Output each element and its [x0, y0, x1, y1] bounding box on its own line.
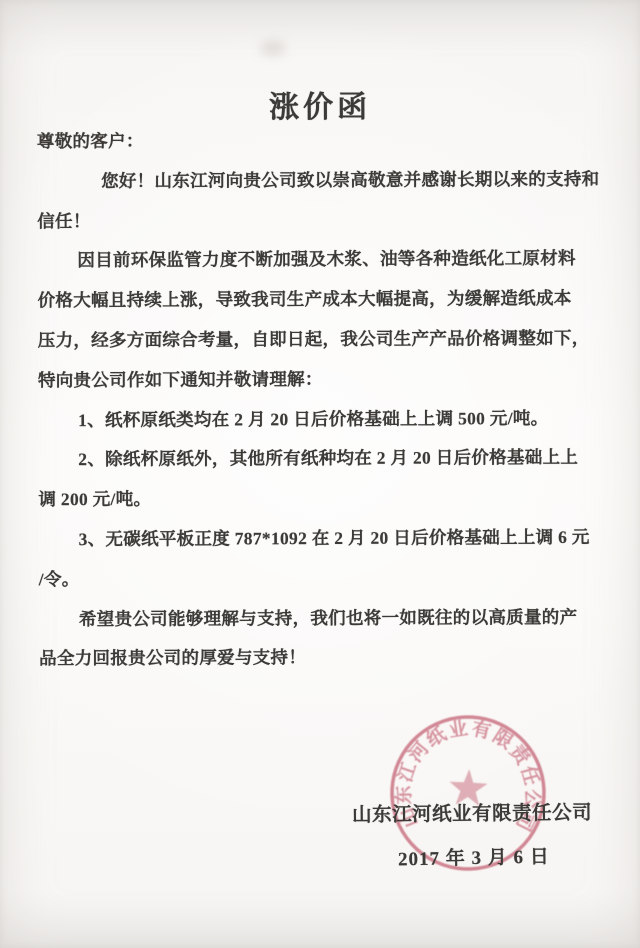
greeting-line: 信任！	[37, 199, 613, 241]
price-item-2: 2、除纸杯原纸外，其他所有纸种均在 2 月 20 日后价格基础上上	[38, 438, 614, 480]
reason-line: 压力，经多方面综合考量，自即日起，我公司生产产品价格调整如下，	[38, 319, 614, 361]
price-item-3: 3、无碳纸平板正度 787*1092 在 2 月 20 日后价格基础上上调 6 …	[39, 518, 615, 560]
reason-line: 因目前环保监管力度不断加强及木浆、油等各种造纸化工原材料	[37, 239, 613, 281]
price-item-2: 调 200 元/吨。	[38, 478, 614, 520]
signature-date: 2017 年 3 月 6 日	[398, 842, 550, 872]
reason-line: 特向贵公司作如下通知并敬请理解：	[38, 359, 614, 401]
reason-line: 价格大幅且持续上涨，导致我司生产成本大幅提高，为缓解造纸成本	[37, 279, 613, 321]
letter-body: 尊敬的客户： 您好！山东江河向贵公司致以崇高敬意并感谢长期以来的支持和 信任！ …	[37, 120, 615, 680]
closing-line: 品全力回报贵公司的厚爱与支持！	[39, 637, 615, 679]
price-item-3: /令。	[39, 558, 615, 600]
greeting-line: 您好！山东江河向贵公司致以崇高敬意并感谢长期以来的支持和	[37, 160, 613, 202]
scanned-letter-page: 涨价函 尊敬的客户： 您好！山东江河向贵公司致以崇高敬意并感谢长期以来的支持和 …	[0, 0, 640, 948]
salutation-line: 尊敬的客户：	[37, 120, 613, 162]
closing-line: 希望贵公司能够理解与支持，我们也将一如既往的以高质量的产	[39, 597, 615, 639]
price-item-1: 1、纸杯原纸类均在 2 月 20 日后价格基础上上调 500 元/吨。	[38, 398, 614, 440]
signature-company: 山东江河纸业有限责任公司	[352, 797, 590, 827]
scan-smudge	[260, 40, 286, 56]
